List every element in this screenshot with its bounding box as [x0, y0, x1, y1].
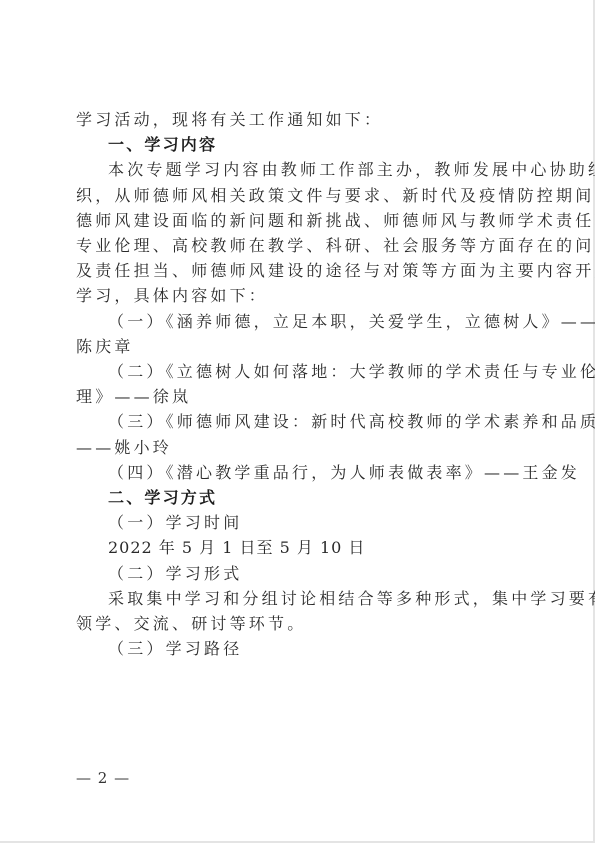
- paragraph-line: 本次专题学习内容由教师工作部主办，教师发展中心协助组: [76, 157, 520, 182]
- paragraph-line: 学习，具体内容如下：: [76, 283, 520, 308]
- intro-continuation-line: 学习活动，现将有关工作通知如下：: [76, 107, 520, 132]
- list-item-3-line: （三）《师德师风建设：新时代高校教师的学术素养和品质》: [76, 409, 520, 434]
- subheading-study-path: （三）学习路径: [76, 636, 520, 661]
- list-item-2-line: （二）《立德树人如何落地：大学教师的学术责任与专业伦: [76, 359, 520, 384]
- list-item-1-author: 陈庆章: [76, 334, 520, 359]
- list-item-2-author: 理》——徐岚: [76, 384, 520, 409]
- subheading-study-form: （二）学习形式: [76, 561, 520, 586]
- section-heading-study-method: 二、学习方式: [76, 485, 520, 510]
- paragraph-line: 专业伦理、高校教师在教学、科研、社会服务等方面存在的问题: [76, 233, 520, 258]
- paragraph-line: 织，从师德师风相关政策文件与要求、新时代及疫情防控期间师: [76, 183, 520, 208]
- paragraph-line: 采取集中学习和分组讨论相结合等多种形式，集中学习要有: [76, 586, 520, 611]
- paragraph-line: 领学、交流、研讨等环节。: [76, 611, 520, 636]
- paragraph-line: 及责任担当、师德师风建设的途径与对策等方面为主要内容开展: [76, 258, 520, 283]
- subheading-study-time: （一）学习时间: [76, 510, 520, 535]
- list-item-4-line: （四）《潜心教学重品行，为人师表做表率》——王金发: [76, 460, 520, 485]
- section-heading-study-content: 一、学习内容: [76, 132, 520, 157]
- document-page: 学习活动，现将有关工作通知如下： 一、学习内容 本次专题学习内容由教师工作部主办…: [0, 0, 595, 843]
- page-number: — 2 —: [76, 769, 130, 787]
- list-item-3-author: ——姚小玲: [76, 435, 520, 460]
- list-item-1-line: （一）《涵养师德，立足本职，关爱学生，立德树人》——: [76, 309, 520, 334]
- document-body: 学习活动，现将有关工作通知如下： 一、学习内容 本次专题学习内容由教师工作部主办…: [76, 107, 520, 661]
- study-time-value: 2022 年 5 月 1 日至 5 月 10 日: [76, 535, 520, 560]
- paragraph-line: 德师风建设面临的新问题和新挑战、师德师风与教师学术责任和: [76, 208, 520, 233]
